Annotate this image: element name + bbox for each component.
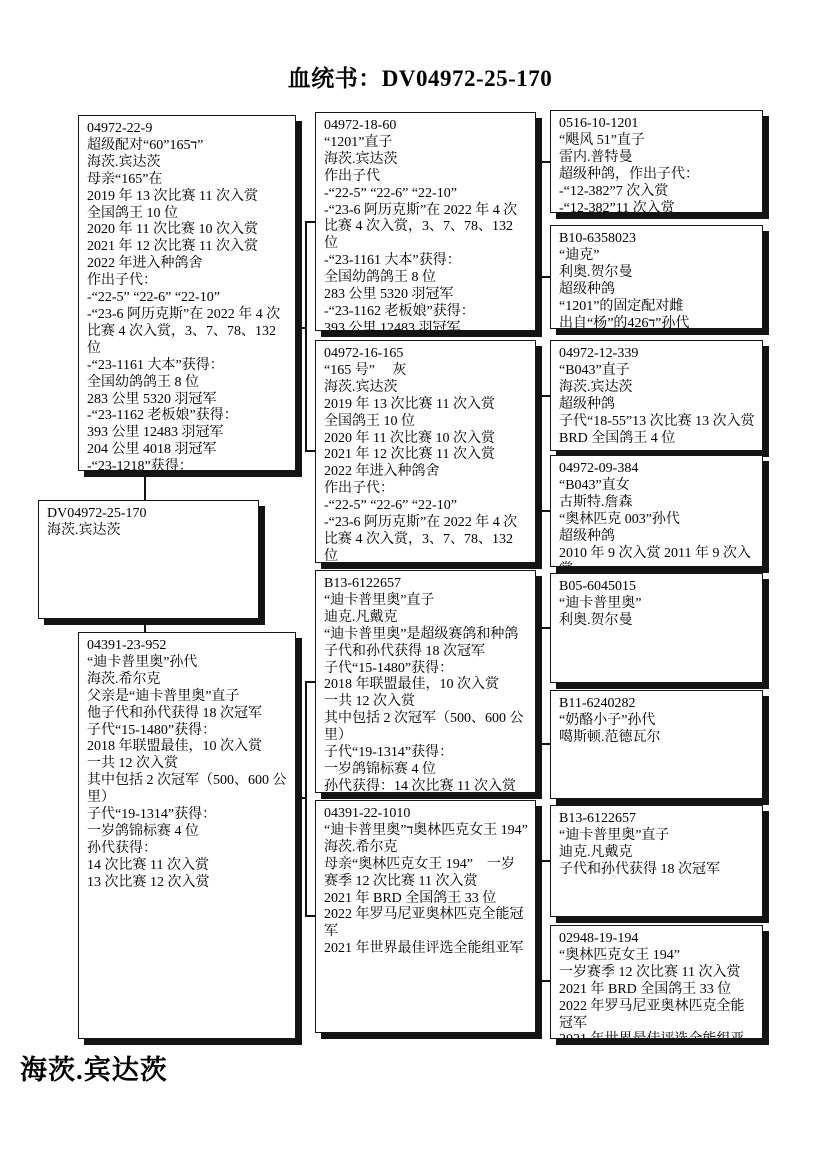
text-line: 一共 12 次入赏 [87, 756, 288, 773]
pedigree-box-sire-dam: 04972-16-165“165 号” 灰海茨.宾达茨2019 年 13 次比赛… [315, 340, 536, 563]
text-line: 2020 年 11 次比赛 10 次入赏 [324, 431, 528, 448]
text-line: B10-6358023 [559, 231, 755, 248]
connector-line [540, 860, 550, 862]
text-line: 孙代获得： [87, 841, 288, 858]
text-line: 04972-12-339 [559, 346, 755, 363]
text-line: B05-6045015 [559, 579, 755, 596]
connector-line [540, 743, 550, 745]
text-line: 海茨.希尔克 [87, 672, 288, 689]
text-line: 393 公里 12483 羽冠军 [87, 425, 288, 442]
text-line: 超级种鸽 [559, 282, 755, 299]
pedigree-box-dam-sire: B13-6122657“迪卡普里奥”直子迪克.凡戴克“迪卡普里奥”是超级赛鸽和种… [315, 570, 536, 793]
text-line: 子代“15-1480”获得： [324, 661, 528, 678]
text-line: “1201”直子 [324, 135, 528, 152]
text-line: 2022 年罗马尼亚奥林匹克全能冠军 [324, 907, 528, 941]
pedigree-box-sire-sire-sire: 0516-10-1201“飓风 51”直子雷内.普特曼超级种鸽，作出子代：-“1… [550, 110, 763, 213]
connector-line [305, 450, 315, 452]
pedigree-page: 血统书：DV04972-25-170 04972-22-9超级配对“60”ד16… [0, 0, 820, 1159]
text-line: 2018 年联盟最佳，10 次入赏 [324, 677, 528, 694]
text-line: “迪卡普里奥” [559, 596, 755, 613]
text-line: 一岁赛季 12 次比赛 11 次入赏 [559, 965, 755, 982]
text-line: 全国幼鸽鸽王 8 位 [324, 270, 528, 287]
text-line: 他子代和孙代获得 18 次冠军 [87, 706, 288, 723]
loft-name-label: 海茨.宾达茨 [20, 1048, 168, 1087]
text-line: 子代“19-1314”获得： [87, 807, 288, 824]
pedigree-box-dam-sire-sire: B05-6045015“迪卡普里奥”利奥.贺尔曼 [550, 573, 763, 683]
text-line: -“12-382”7 次入赏 [559, 184, 755, 201]
text-line: “迪克” [559, 248, 755, 265]
text-line: 子代“15-1480”获得： [87, 723, 288, 740]
pedigree-box-sire-dam-dam: 04972-09-384“B043”直女古斯特.詹森“奥林匹克 003”孙代超级… [550, 455, 763, 567]
text-line: 海茨.宾达茨 [559, 380, 755, 397]
text-line: -“23-1218”获得： [87, 459, 288, 471]
pedigree-box-sire-dam-sire: 04972-12-339“B043”直子海茨.宾达茨超级种鸽子代“18-55”1… [550, 340, 763, 451]
text-line: -“22-5” “22-6” “22-10” [324, 186, 528, 203]
text-line: 2022 年进入种鸽舍 [324, 464, 528, 481]
text-line: 2019 年 13 次比赛 11 次入赏 [87, 189, 288, 206]
text-line: 2021 年世界最佳评选全能组亚军 [559, 1032, 755, 1039]
text-line: 海茨.宾达茨 [47, 523, 251, 540]
text-line: -“23-1161 大本”获得： [324, 253, 528, 270]
text-line: 子代“19-1314”获得： [324, 745, 528, 762]
pedigree-box-sire: 04972-22-9超级配对“60”ד165”海茨.宾达茨母亲“165”在201… [78, 115, 296, 471]
text-line: 2018 年联盟最佳，10 次入赏 [87, 739, 288, 756]
text-line: 204 公里 4018 羽冠军 [87, 442, 288, 459]
text-line: 2021 年 12 次比赛 11 次入赏 [324, 447, 528, 464]
text-line: 海茨.宾达茨 [324, 152, 528, 169]
text-line: 04972-16-165 [324, 346, 528, 363]
connector-line [144, 471, 146, 500]
pedigree-box-sire-sire: 04972-18-60“1201”直子海茨.宾达茨作出子代-“22-5” “22… [315, 112, 536, 331]
connector-line [540, 627, 542, 745]
text-line: -“23-6 阿历克斯”在 2022 年 4 次比赛 4 次入赏，3、7、78、… [87, 307, 288, 358]
text-line: “迪卡普里奥”直子 [559, 828, 755, 845]
text-line: 作出子代： [87, 273, 288, 290]
text-line: 2021 年 12 次比赛 11 次入赏 [87, 239, 288, 256]
text-line: 2021 年 BRD 全国鸽王 33 位 [324, 891, 528, 908]
text-line: DV04972-25-170 [47, 506, 251, 523]
text-line: 父亲是“迪卡普里奥”直子 [87, 689, 288, 706]
text-line: 超级配对“60”ד165” [87, 138, 288, 155]
text-line: BRD 全国鸽王 4 位 [559, 431, 755, 448]
text-line: 超级种鸽 [559, 529, 755, 546]
text-line: 283 公里 5320 羽冠军 [87, 392, 288, 409]
connector-line [540, 395, 542, 512]
text-line: 作出子代 [324, 169, 528, 186]
text-line: 出自“杨”的ד426”孙代 [559, 316, 755, 329]
text-line: -“22-5” “22-6” “22-10” [324, 498, 528, 515]
text-line: B13-6122657 [324, 576, 528, 593]
pedigree-box-dam-dam-dam: 02948-19-194“奥林匹克女王 194”一岁赛季 12 次比赛 11 次… [550, 925, 763, 1039]
text-line: “1201”的固定配对雌 [559, 299, 755, 316]
text-line: 噶斯顿.范德瓦尔 [559, 730, 755, 747]
text-line: 2022 年罗马尼亚奥林匹克全能冠军 [559, 999, 755, 1033]
text-line: “奥林匹克女王 194” [559, 948, 755, 965]
text-line: “奶酪小子”孙代 [559, 713, 755, 730]
text-line: 子代和孙代获得 18 次冠军 [324, 644, 528, 661]
text-line: 一岁鸽锦标赛 4 位 [324, 762, 528, 779]
text-line: 14 次比赛 11 次入赏 [87, 858, 288, 875]
text-line: 2022 年进入种鸽舍 [87, 256, 288, 273]
text-line: 母亲“165”在 [87, 172, 288, 189]
text-line: “迪卡普里奥”ד奥林匹克女王 194” [324, 823, 528, 840]
text-line: 海茨.宾达茨 [324, 380, 528, 397]
text-line: 2021 年世界最佳评选全能组亚军 [324, 941, 528, 958]
text-line: 孙代获得：14 次比赛 11 次入赏 [324, 779, 528, 793]
connector-line [540, 161, 550, 163]
pedigree-box-dam-dam-sire: B13-6122657“迪卡普里奥”直子迪克.凡戴克子代和孙代获得 18 次冠军 [550, 805, 763, 917]
text-line: “奥林匹克 003”孙代 [559, 512, 755, 529]
pedigree-box-subject: DV04972-25-170海茨.宾达茨 [38, 500, 259, 619]
text-line: 04391-22-1010 [324, 806, 528, 823]
text-line: -“23-1162 老板娘”获得： [87, 408, 288, 425]
text-line: -“23-1162 老板娘”获得： [324, 304, 528, 321]
text-line: 古斯特.詹森 [559, 495, 755, 512]
connector-line [540, 276, 550, 278]
text-line: -“23-6 阿历克斯”在 2022 年 4 次比赛 4 次入赏，3、7、78、… [324, 203, 528, 254]
pedigree-box-dam-dam: 04391-22-1010“迪卡普里奥”ד奥林匹克女王 194”海茨.希尔克母亲… [315, 800, 536, 1033]
connector-line [305, 221, 315, 223]
text-line: 其中包括 2 次冠军（500、600 公里） [87, 773, 288, 807]
text-line: B13-6122657 [559, 811, 755, 828]
text-line: -“12-382”11 次入赏 [559, 201, 755, 213]
text-line: 子代“18-55”13 次比赛 13 次入赏 [559, 414, 755, 431]
text-line: “165 号” 灰 [324, 363, 528, 380]
text-line: -“23-6 阿历克斯”在 2022 年 4 次比赛 4 次入赏，3、7、78、… [324, 515, 528, 563]
connector-line [305, 681, 315, 683]
text-line: 0516-10-1201 [559, 116, 755, 133]
text-line: -“23-1161 大本”获得： [87, 358, 288, 375]
pedigree-box-dam-sire-dam: B11-6240282“奶酪小子”孙代噶斯顿.范德瓦尔 [550, 690, 763, 799]
text-line: 283 公里 5320 羽冠军 [324, 287, 528, 304]
text-line: 其中包括 2 次冠军（500、600 公里） [324, 711, 528, 745]
text-line: 雷内.普特曼 [559, 150, 755, 167]
connector-line [305, 221, 307, 452]
text-line: 全国幼鸽鸽王 8 位 [87, 375, 288, 392]
text-line: 迪克.凡戴克 [559, 845, 755, 862]
text-line: 2010 年 9 次入赏 2011 年 9 次入赏 [559, 546, 755, 567]
connector-line [540, 161, 542, 278]
text-line: 2019 年 13 次比赛 11 次入赏 [324, 397, 528, 414]
text-line: “迪卡普里奥”孙代 [87, 655, 288, 672]
text-line: 超级种鸽，作出子代： [559, 167, 755, 184]
connector-line [540, 860, 542, 982]
text-line: 海茨.希尔克 [324, 840, 528, 857]
text-line: “迪卡普里奥”直子 [324, 593, 528, 610]
text-line: 利奥.贺尔曼 [559, 613, 755, 630]
text-line: 母亲“奥林匹克女王 194” 一岁赛季 12 次比赛 11 次入赏 [324, 857, 528, 891]
connector-line [144, 619, 146, 633]
text-line: “迪卡普里奥”是超级赛鸽和种鸽 [324, 627, 528, 644]
text-line: 04972-22-9 [87, 121, 288, 138]
text-line: 海茨.宾达茨 [87, 155, 288, 172]
pedigree-box-dam: 04391-23-952“迪卡普里奥”孙代海茨.希尔克父亲是“迪卡普里奥”直子他… [78, 632, 296, 1039]
text-line: 迪克.凡戴克 [324, 610, 528, 627]
text-line: 作出子代： [324, 481, 528, 498]
text-line: 2021 年 BRD 全国鸽王 33 位 [559, 982, 755, 999]
text-line: 2020 年 11 次比赛 10 次入赏 [87, 222, 288, 239]
text-line: “B043”直女 [559, 478, 755, 495]
connector-line [305, 681, 307, 917]
text-line: 超级种鸽 [559, 397, 755, 414]
text-line: 04391-23-952 [87, 638, 288, 655]
connector-line [305, 915, 315, 917]
text-line: -“22-5” “22-6” “22-10” [87, 290, 288, 307]
text-line: 全国鸽王 10 位 [87, 206, 288, 223]
text-line: 子代和孙代获得 18 次冠军 [559, 862, 755, 879]
text-line: 一岁鸽锦标赛 4 位 [87, 824, 288, 841]
connector-line [540, 980, 550, 982]
text-line: 04972-18-60 [324, 118, 528, 135]
text-line: 一共 12 次入赏 [324, 694, 528, 711]
page-title: 血统书：DV04972-25-170 [0, 60, 820, 93]
connector-line [540, 395, 550, 397]
connector-line [540, 627, 550, 629]
text-line: B11-6240282 [559, 696, 755, 713]
text-line: “B043”直子 [559, 363, 755, 380]
text-line: 13 次比赛 12 次入赏 [87, 875, 288, 892]
text-line: 利奥.贺尔曼 [559, 265, 755, 282]
text-line: 04972-09-384 [559, 461, 755, 478]
pedigree-box-sire-sire-dam: B10-6358023“迪克”利奥.贺尔曼超级种鸽“1201”的固定配对雌出自“… [550, 225, 763, 329]
text-line: 全国鸽王 10 位 [324, 414, 528, 431]
text-line: “飓风 51”直子 [559, 133, 755, 150]
connector-line [540, 510, 550, 512]
text-line: 393 公里 12483 羽冠军 [324, 321, 528, 331]
text-line: 02948-19-194 [559, 931, 755, 948]
